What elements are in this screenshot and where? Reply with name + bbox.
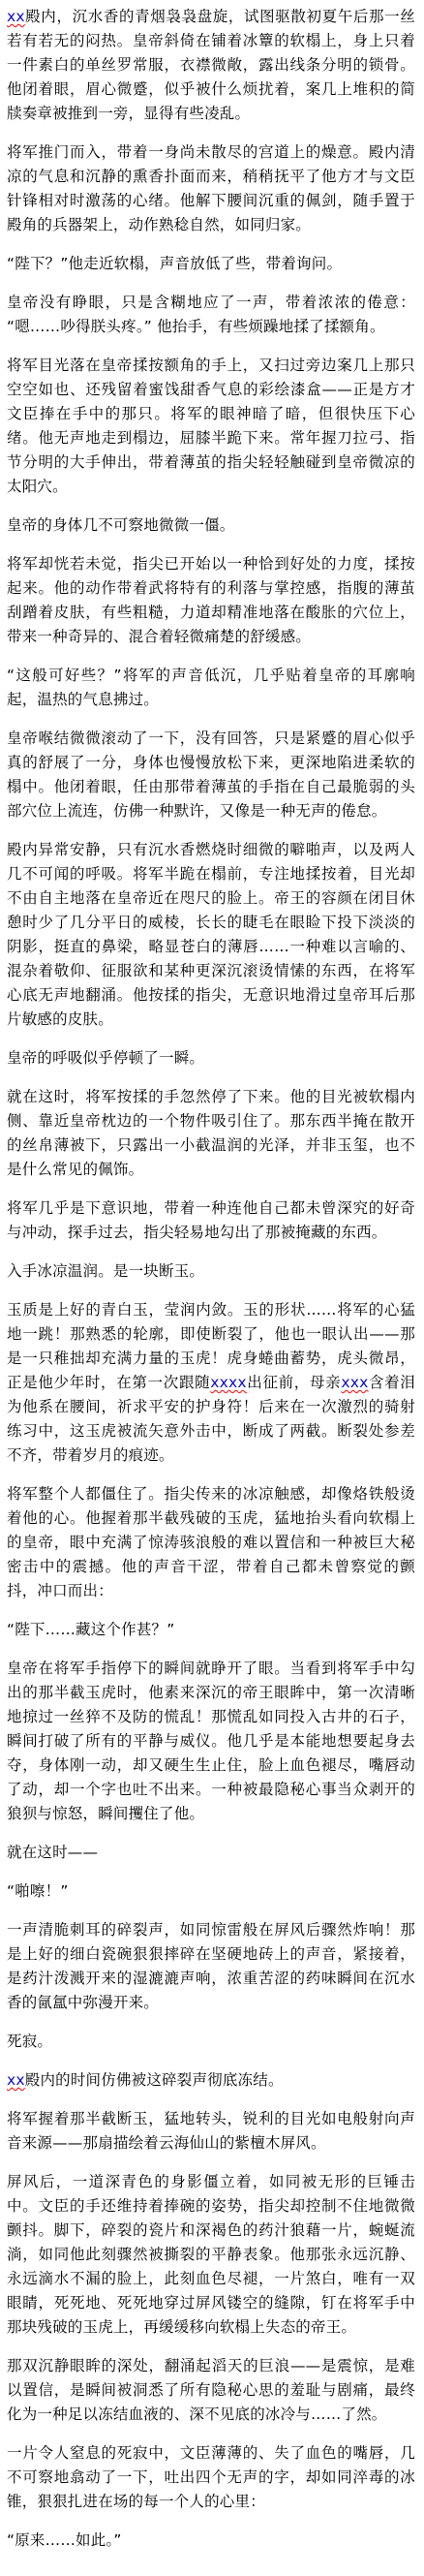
paragraph: 将军整个人都僵住了。指尖传来的冰凉触感，却像烙铁般烫着他的心。他握着那半截残破的… bbox=[7, 1482, 415, 1603]
body-text-run: 将军推门而入，带着一身尚未散尽的宫道上的燥意。殿内清凉的气息和沉静的熏香扑面而来… bbox=[7, 143, 415, 233]
body-text-run: “陛下？”他走近软榻，声音放低了些，带着询问。 bbox=[7, 255, 342, 272]
body-text-run: 皇帝喉结微微滚动了一下，没有回答，只是紧蹙的眉心似乎真的舒展了一分，身体也慢慢放… bbox=[7, 729, 415, 820]
paragraph: “陛下？”他走近软榻，声音放低了些，带着询问。 bbox=[7, 252, 415, 276]
paragraph: 玉质是上好的青白玉，莹润内敛。玉的形状……将军的心猛地一跳！那熟悉的轮廓，即使断… bbox=[7, 1298, 415, 1468]
body-text-run: 皇帝没有睁眼，只是含糊地应了一声，带着浓浓的倦意：“嗯……吵得朕头疼。” 他抬手… bbox=[7, 294, 415, 335]
placeholder-name-text: xx bbox=[7, 8, 25, 25]
body-text-run: “啪嚓！” bbox=[7, 1882, 69, 1900]
paragraph: 将军却恍若未觉，指尖已开始以一种恰到好处的力度，揉按起来。他的动作带着武将特有的… bbox=[7, 552, 415, 649]
paragraph: 一片令人窒息的死寂中，文臣薄薄的、失了血色的嘴唇，几不可察地翕动了一下，吐出四个… bbox=[7, 2441, 415, 2514]
paragraph: 入手冰凉温润。是一块断玉。 bbox=[7, 1259, 415, 1284]
paragraph: “这般可好些？”将军的声音低沉，几乎贴着皇帝的耳廓响起，温热的气息拂过。 bbox=[7, 664, 415, 712]
paragraph: xx殿内的时间仿佛被这碎裂声彻底冻结。 bbox=[7, 2068, 415, 2093]
paragraph: “原来……如此。” bbox=[7, 2529, 415, 2553]
body-text-run: 殿内，沉水香的青烟袅袅盘旋，试图驱散初夏午后那一丝若有若无的闷热。皇帝斜倚在铺着… bbox=[7, 8, 415, 122]
body-text-run: 出征前，母亲 bbox=[247, 1374, 342, 1391]
body-text-run: 皇帝的身体几不可察地微微一僵。 bbox=[7, 516, 235, 534]
paragraph: 一声清脆刺耳的碎裂声，如同惊雷般在屏风后骤然炸响！那是上好的细白瓷碗狠狠摔碎在坚… bbox=[7, 1918, 415, 2015]
paragraph: 那双沉静眼眸的深处，翻涌起滔天的巨浪——是震惊，是难以置信，是瞬间被洞悉了所有隐… bbox=[7, 2354, 415, 2427]
body-text-run: 屏风后，一道深青色的身影僵立着，如同被无形的巨锤击中。文臣的手还维持着捧碗的姿势… bbox=[7, 2173, 415, 2336]
body-text-run: 死寂。 bbox=[7, 2033, 52, 2050]
body-text-run: 就在这时，将军按揉的手忽然停了下来。他的目光被软榻内侧、靠近皇帝枕边的一个物件吸… bbox=[7, 1088, 415, 1178]
paragraph: 皇帝在将军手指停下的瞬间就睁开了眼。当看到将军手中勾出的那半截玉虎时，他素来深沉… bbox=[7, 1657, 415, 1826]
body-text-run: 将军握着那半截断玉，猛地转头，锐利的目光如电般射向声音来源——那扇描绘着云海仙山… bbox=[7, 2110, 415, 2152]
paragraph: 皇帝的呼吸似乎停顿了一瞬。 bbox=[7, 1046, 415, 1071]
body-text-run: 皇帝的呼吸似乎停顿了一瞬。 bbox=[7, 1049, 204, 1067]
paragraph: xx殿内，沉水香的青烟袅袅盘旋，试图驱散初夏午后那一丝若有若无的闷热。皇帝斜倚在… bbox=[7, 5, 415, 126]
paragraph: 就在这时，将军按揉的手忽然停了下来。他的目光被软榻内侧、靠近皇帝枕边的一个物件吸… bbox=[7, 1085, 415, 1182]
body-text-run: 皇帝在将军手指停下的瞬间就睁开了眼。当看到将军手中勾出的那半截玉虎时，他素来深沉… bbox=[7, 1660, 415, 1822]
body-text-run: “陛下……藏这个作甚？” bbox=[7, 1621, 174, 1638]
paragraph: 屏风后，一道深青色的身影僵立着，如同被无形的巨锤击中。文臣的手还维持着捧碗的姿势… bbox=[7, 2170, 415, 2340]
paragraph: 皇帝喉结微微滚动了一下，没有回答，只是紧蹙的眉心似乎真的舒展了一分，身体也慢慢放… bbox=[7, 727, 415, 823]
paragraph: 将军目光落在皇帝揉按额角的手上，又扫过旁边案几上那只空空如也、还残留着蜜饯甜香气… bbox=[7, 354, 415, 499]
body-text-run: 将军目光落在皇帝揉按额角的手上，又扫过旁边案几上那只空空如也、还残留着蜜饯甜香气… bbox=[7, 357, 415, 495]
body-text-run: 入手冰凉温润。是一块断玉。 bbox=[7, 1262, 204, 1280]
placeholder-name-text: xxxx bbox=[210, 1374, 247, 1391]
paragraph: 就在这时—— bbox=[7, 1841, 415, 1865]
body-text-run: 一声清脆刺耳的碎裂声，如同惊雷般在屏风后骤然炸响！那是上好的细白瓷碗狠狠摔碎在坚… bbox=[7, 1921, 415, 2011]
body-text-run: 那双沉静眼眸的深处，翻涌起滔天的巨浪——是震惊，是难以置信，是瞬间被洞悉了所有隐… bbox=[7, 2357, 415, 2423]
paragraph: 将军握着那半截断玉，猛地转头，锐利的目光如电般射向声音来源——那扇描绘着云海仙山… bbox=[7, 2107, 415, 2156]
body-text-run: 将军几乎是下意识地，带着一种连他自己都未曾深究的好奇与冲动，探手过去，指尖轻易地… bbox=[7, 1199, 415, 1241]
paragraph: 死寂。 bbox=[7, 2030, 415, 2054]
body-text-run: 将军却恍若未觉，指尖已开始以一种恰到好处的力度，揉按起来。他的动作带着武将特有的… bbox=[7, 555, 415, 645]
body-text-run: 将军整个人都僵住了。指尖传来的冰凉触感，却像烙铁般烫着他的心。他握着那半截残破的… bbox=[7, 1485, 415, 1599]
body-text-run: 一片令人窒息的死寂中，文臣薄薄的、失了血色的嘴唇，几不可察地翕动了一下，吐出四个… bbox=[7, 2444, 415, 2510]
body-text-run: “原来……如此。” bbox=[7, 2531, 122, 2549]
paragraph: “陛下……藏这个作甚？” bbox=[7, 1618, 415, 1642]
body-text-run: 殿内异常安静，只有沉水香燃烧时细微的噼啪声，以及两人几不可闻的呼吸。将军半跪在榻… bbox=[7, 841, 415, 1028]
placeholder-name-text: xxx bbox=[341, 1374, 368, 1391]
document-body: xx殿内，沉水香的青烟袅袅盘旋，试图驱散初夏午后那一丝若有若无的闷热。皇帝斜倚在… bbox=[7, 5, 415, 2553]
paragraph: 将军推门而入，带着一身尚未散尽的宫道上的燥意。殿内清凉的气息和沉静的熏香扑面而来… bbox=[7, 140, 415, 237]
paragraph: 将军几乎是下意识地，带着一种连他自己都未曾深究的好奇与冲动，探手过去，指尖轻易地… bbox=[7, 1196, 415, 1245]
body-text-run: “这般可好些？”将军的声音低沉，几乎贴着皇帝的耳廓响起，温热的气息拂过。 bbox=[7, 667, 415, 708]
paragraph: “啪嚓！” bbox=[7, 1879, 415, 1904]
novel-text-page: xx殿内，沉水香的青烟袅袅盘旋，试图驱散初夏午后那一丝若有若无的闷热。皇帝斜倚在… bbox=[0, 0, 424, 2576]
body-text-run: 殿内的时间仿佛被这碎裂声彻底冻结。 bbox=[25, 2071, 284, 2089]
body-text-run: 就在这时—— bbox=[7, 1844, 98, 1861]
paragraph: 殿内异常安静，只有沉水香燃烧时细微的噼啪声，以及两人几不可闻的呼吸。将军半跪在榻… bbox=[7, 838, 415, 1032]
paragraph: 皇帝的身体几不可察地微微一僵。 bbox=[7, 513, 415, 538]
paragraph: 皇帝没有睁眼，只是含糊地应了一声，带着浓浓的倦意：“嗯……吵得朕头疼。” 他抬手… bbox=[7, 291, 415, 339]
placeholder-name-text: xx bbox=[7, 2071, 25, 2089]
